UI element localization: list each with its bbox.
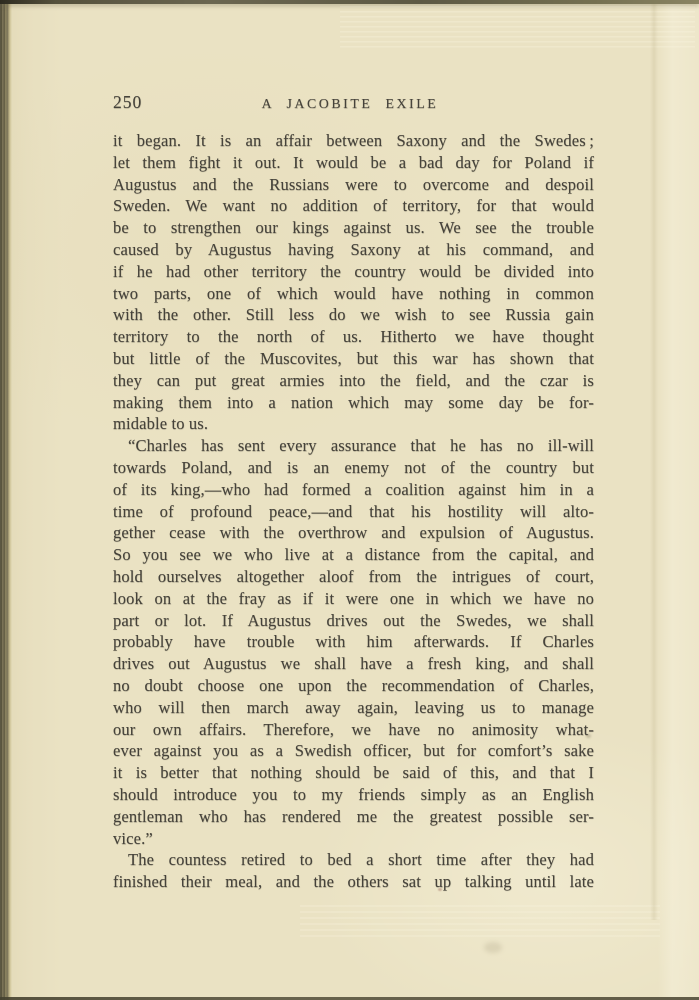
paragraph: “Charles has sent every assurance that h… <box>113 435 594 849</box>
text-line: part or lot. If Augustus drives out the … <box>113 610 594 632</box>
text-line: “Charles has sent every assurance that h… <box>113 435 594 457</box>
text-line: time of profound peace,—and that his hos… <box>113 501 594 523</box>
text-line: The countess retired to bed a short time… <box>113 849 594 871</box>
text-line: gentleman who has rendered me the greate… <box>113 806 594 828</box>
text-line: So you see we who live at a distance fro… <box>113 544 594 566</box>
text-line: they can put great armies into the field… <box>113 370 594 392</box>
text-line: be to strengthen our kings against us. W… <box>113 217 594 239</box>
book-page: 250 A JACOBITE EXILE it began. It is an … <box>0 0 699 1000</box>
text-line: ever against you as a Swedish officer, b… <box>113 740 594 762</box>
text-line: caused by Augustus having Saxony at his … <box>113 239 594 261</box>
book-gutter-edge <box>0 0 12 1000</box>
text-line: our own affairs. Therefore, we have no a… <box>113 719 594 741</box>
text-line: drives out Augustus we shall have a fres… <box>113 653 594 675</box>
text-line: hold ourselves altogether aloof from the… <box>113 566 594 588</box>
text-line: finished their meal, and the others sat … <box>113 871 594 893</box>
page-number: 250 <box>113 92 142 113</box>
paragraph: it began. It is an affair between Saxony… <box>113 130 594 435</box>
page-body: it began. It is an affair between Saxony… <box>113 130 594 893</box>
text-line: who will then march away again, leaving … <box>113 697 594 719</box>
page-edge-top <box>0 0 699 4</box>
text-line: it began. It is an affair between Saxony… <box>113 130 594 152</box>
paragraph: The countess retired to bed a short time… <box>113 849 594 893</box>
text-line: with the other. Still less do we wish to… <box>113 304 594 326</box>
text-line: look on at the fray as if it were one in… <box>113 588 594 610</box>
text-line: vice.” <box>113 828 594 850</box>
text-line: of its king,—who had formed a coalition … <box>113 479 594 501</box>
text-line: Sweden. We want no addition of territory… <box>113 195 594 217</box>
text-line: if he had other territory the country wo… <box>113 261 594 283</box>
page-curvature-seam <box>650 0 658 920</box>
text-line: probably have trouble with him afterward… <box>113 631 594 653</box>
text-line: Augustus and the Russians were to overco… <box>113 174 594 196</box>
running-header: 250 A JACOBITE EXILE <box>113 92 594 116</box>
text-line: towards Poland, and is an enemy not of t… <box>113 457 594 479</box>
text-line: midable to us. <box>113 413 594 435</box>
text-line: should introduce you to my friends simpl… <box>113 784 594 806</box>
text-line: it is better that nothing should be said… <box>113 762 594 784</box>
text-line: gether cease with the overthrow and expu… <box>113 522 594 544</box>
page-curvature-highlight <box>658 0 699 1000</box>
scan-streaks-top <box>340 6 695 50</box>
text-line: making them into a nation which may some… <box>113 392 594 414</box>
text-line: no doubt choose one upon the recommendat… <box>113 675 594 697</box>
text-line: two parts, one of which would have nothi… <box>113 283 594 305</box>
text-line: but little of the Muscovites, but this w… <box>113 348 594 370</box>
paper-smudge <box>484 942 502 953</box>
text-line: let them fight it out. It would be a bad… <box>113 152 594 174</box>
text-line: territory to the north of us. Hitherto w… <box>113 326 594 348</box>
scan-streaks-bottom <box>300 905 660 937</box>
running-title: A JACOBITE EXILE <box>262 96 439 112</box>
